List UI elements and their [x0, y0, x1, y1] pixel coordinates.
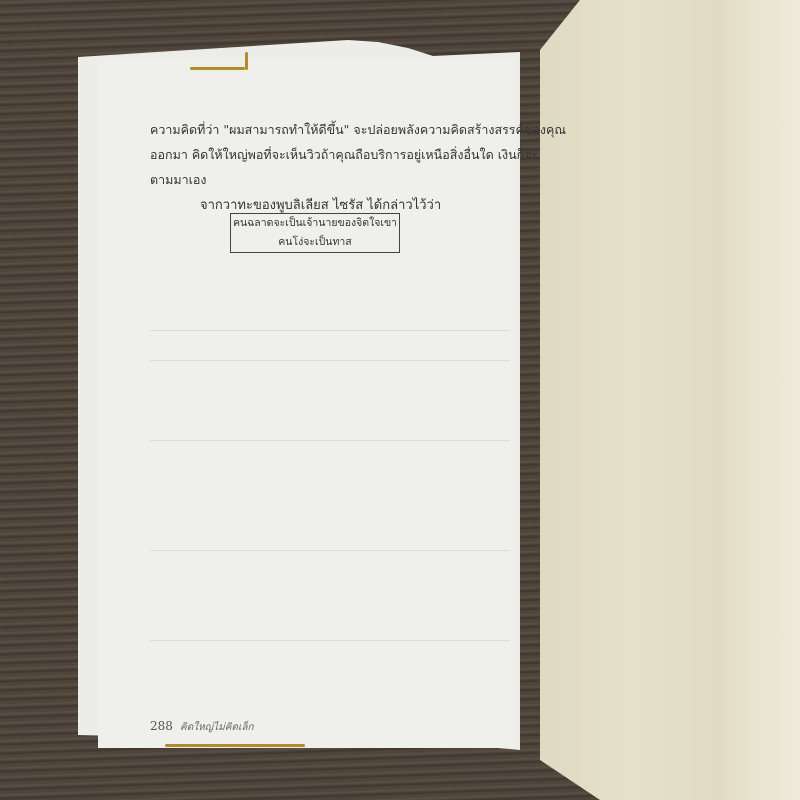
quote-line-2: คนโง่จะเป็นทาส	[231, 233, 399, 252]
page-number: 288	[150, 719, 173, 733]
bleed-through	[150, 440, 510, 441]
bleed-through	[150, 360, 510, 361]
right-page-fold	[725, 0, 800, 800]
body-line-2: ออกมา คิดให้ใหญ่พอที่จะเห็นวิวถ้าคุณถือบ…	[150, 145, 538, 165]
bleed-through	[150, 640, 510, 641]
quote-box: คนฉลาดจะเป็นเจ้านายของจิตใจเขา คนโง่จะเป…	[230, 213, 400, 253]
body-line-3: ตามมาเอง	[150, 170, 207, 190]
body-line-1: ความคิดที่ว่า "ผมสามารถทำให้ดีขึ้น" จะปล…	[150, 120, 566, 140]
running-title: คิดใหญ่ไม่คิดเล็ก	[180, 720, 254, 735]
bleed-through	[150, 330, 510, 331]
bleed-through	[150, 550, 510, 551]
stain-top-vertical	[245, 52, 248, 70]
stain-bottom	[165, 744, 305, 747]
quote-intro: จากวาทะของพูบลิเลียส ไซรัส ได้กล่าวไว้ว่…	[200, 194, 441, 215]
stain-top	[190, 67, 245, 70]
quote-line-1: คนฉลาดจะเป็นเจ้านายของจิตใจเขา	[231, 214, 399, 233]
